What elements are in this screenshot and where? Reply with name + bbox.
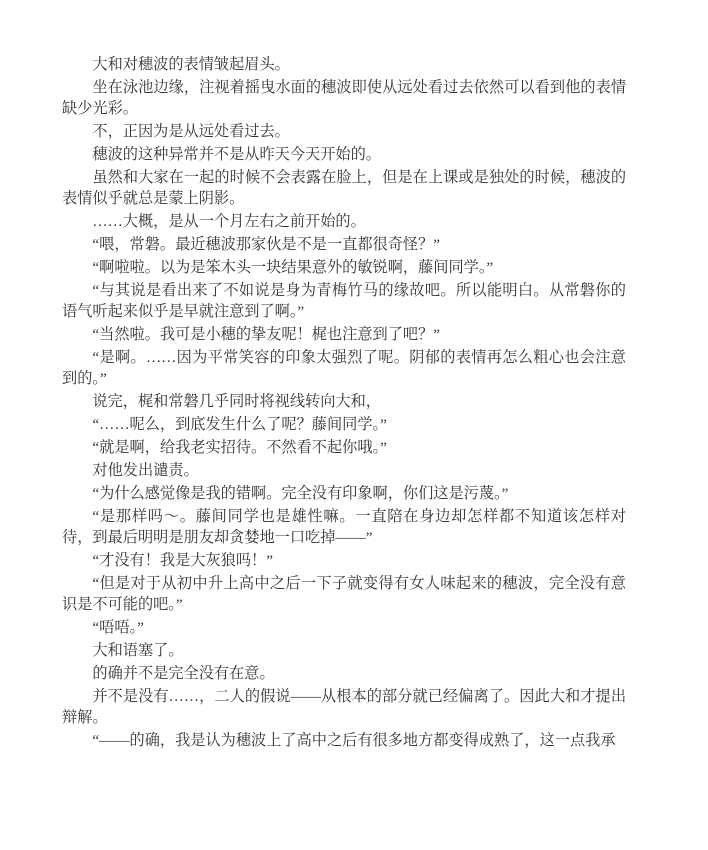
paragraph: “但是对于从初中升上高中之后一下子就变得有女人味起来的穗波，完全没有意识是不可能… [62,573,626,615]
paragraph: “是那样吗～。藤间同学也是雄性嘛。一直陪在身边却怎样都不知道该怎样对待，到最后明… [62,506,626,548]
paragraph: “……呢么，到底发生什么了呢？藤间同学。” [62,414,626,435]
paragraph: “唔唔。” [62,617,626,638]
paragraph: “是啊。……因为平常笑容的印象太强烈了呢。阴郁的表情再怎么粗心也会注意到的。” [62,347,626,389]
paragraph: 说完，梶和常磐几乎同时将视线转向大和， [62,391,626,412]
paragraph: “当然啦。我可是小穗的挚友呢！梶也注意到了吧？” [62,324,626,345]
paragraph: 不，正因为是从远处看过去。 [62,121,626,142]
paragraph: 虽然和大家在一起的时候不会表露在脸上，但是在上课或是独处的时候，穗波的表情似乎就… [62,167,626,209]
paragraph: “喂，常磐。最近穗波那家伙是不是一直都很奇怪？” [62,234,626,255]
paragraph: 对他发出谴责。 [62,460,626,481]
paragraph: 坐在泳池边缘，注视着摇曳水面的穗波即使从远处看过去依然可以看到他的表情缺少光彩。 [62,77,626,119]
paragraph: “才没有！我是大灰狼吗！” [62,550,626,571]
paragraph: ……大概，是从一个月左右之前开始的。 [62,211,626,232]
document-page: 大和对穗波的表情皱起眉头。坐在泳池边缘，注视着摇曳水面的穗波即使从远处看过去依然… [0,0,708,850]
paragraph: “啊啦啦。以为是笨木头一块结果意外的敏锐啊，藤间同学。” [62,257,626,278]
page-text: 大和对穗波的表情皱起眉头。坐在泳池边缘，注视着摇曳水面的穗波即使从远处看过去依然… [62,54,626,753]
paragraph: 大和语塞了。 [62,640,626,661]
paragraph: 穗波的这种异常并不是从昨天今天开始的。 [62,144,626,165]
paragraph: “与其说是看出来了不如说是身为青梅竹马的缘故吧。所以能明白。从常磐你的语气听起来… [62,280,626,322]
paragraph: “为什么感觉像是我的错啊。完全没有印象啊，你们这是污蔑。” [62,483,626,504]
paragraph: “——的确，我是认为穗波上了高中之后有很多地方都变得成熟了，这一点我承 [62,730,626,751]
paragraph: 大和对穗波的表情皱起眉头。 [62,54,626,75]
paragraph: 并不是没有……，二人的假说——从根本的部分就已经偏离了。因此大和才提出辩解。 [62,686,626,728]
paragraph: 的确并不是完全没有在意。 [62,663,626,684]
paragraph: “就是啊，给我老实招待。不然看不起你哦。” [62,437,626,458]
